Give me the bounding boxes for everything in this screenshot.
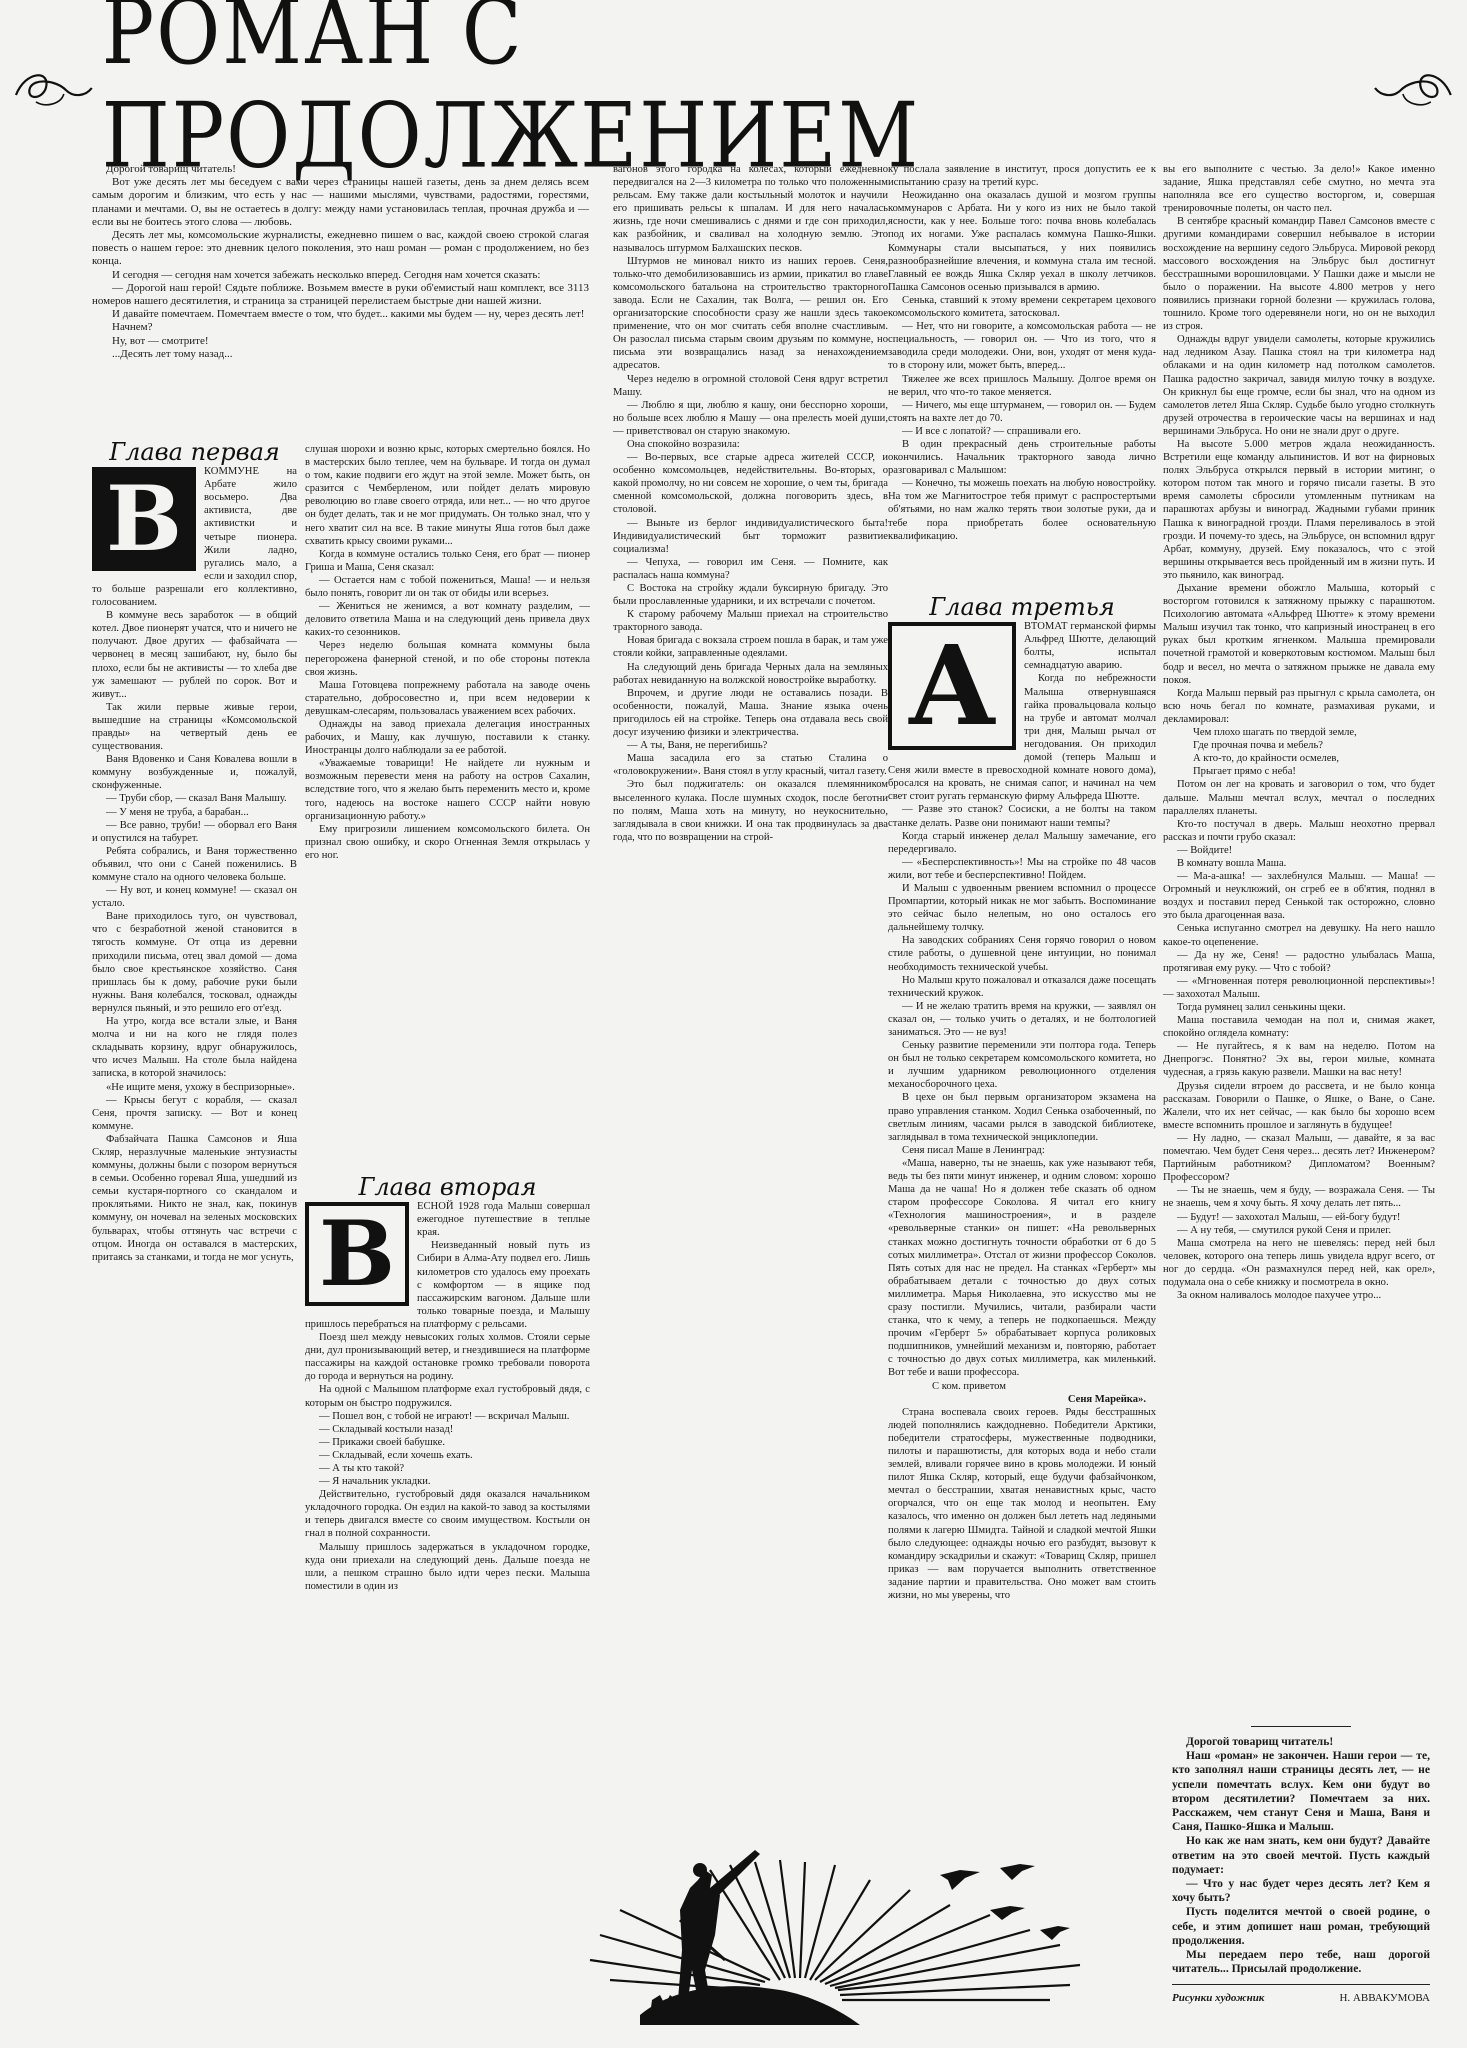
finale-paragraph: Пусть поделится мечтой о своей родине, о… bbox=[1172, 1905, 1430, 1948]
paragraph: — Ну ладно, — сказал Малыш, — давайте, я… bbox=[1163, 1132, 1435, 1184]
paragraph: — У меня не труба, а барабан... bbox=[92, 806, 297, 819]
paragraph: С Востока на стройку ждали буксирную бри… bbox=[613, 582, 888, 608]
paragraph: — «Мгновенная потеря революционной персп… bbox=[1163, 975, 1435, 1001]
paragraph: Дыхание времени обожгло Малыша, который … bbox=[1163, 582, 1435, 687]
paragraph: Тогда румянец залил сенькины щеки. bbox=[1163, 1001, 1435, 1014]
paragraph: Маша поставила чемодан на пол и, снимая … bbox=[1163, 1014, 1435, 1040]
dropcap-a-worker-icon: А bbox=[888, 622, 1016, 750]
paragraph: Это был поджигатель: он оказался племянн… bbox=[613, 778, 888, 843]
paragraph: — Ну вот, и конец коммуне! — сказал он у… bbox=[92, 884, 297, 910]
intro-paragraph: Десять лет мы, комсомольские журналисты,… bbox=[92, 229, 589, 269]
right-flourish-icon bbox=[1371, 60, 1461, 110]
intro-closing: Ну, вот — смотрите! bbox=[92, 335, 589, 348]
paragraph: — Ма-а-ашка! — захлебнулся Малыш. — Маша… bbox=[1163, 870, 1435, 922]
intro-paragraph: И сегодня — сегодня нам хочется забежать… bbox=[92, 269, 589, 282]
chapter-one-title: Глава первая bbox=[92, 446, 297, 459]
paragraph: — Крысы бегут с корабля, — сказал Сеня, … bbox=[92, 1094, 297, 1133]
paragraph: Маша смотрела на него не шевелясь: перед… bbox=[1163, 1237, 1435, 1289]
paragraph: Через неделю в огромной столовой Сеня вд… bbox=[613, 373, 888, 399]
paragraph: Ребята собрались, и Ваня торжественно об… bbox=[92, 845, 297, 884]
column-4-top: ку послала заявление в институт, прося д… bbox=[888, 163, 1156, 603]
finale-paragraph: — Что у нас будет через десять лет? Кем … bbox=[1172, 1877, 1430, 1905]
chapter-two-title: Глава вторая bbox=[305, 1181, 590, 1194]
letter-signature: Сеня Марейка». bbox=[888, 1393, 1156, 1406]
paragraph: Неожиданно она оказалась душой и мозгом … bbox=[888, 189, 1156, 294]
paragraph: За окном наливалось молодое пахучее утро… bbox=[1163, 1289, 1435, 1302]
intro-closing: ...Десять лет тому назад... bbox=[92, 348, 589, 361]
paragraph: — И не желаю тратить время на кружки, — … bbox=[888, 1000, 1156, 1039]
paragraph: — А ну тебя, — смутился рукой Сеня и при… bbox=[1163, 1224, 1435, 1237]
paragraph: — Чепуха, — говорил им Сеня. — Помните, … bbox=[613, 556, 888, 582]
paragraph: — А ты кто такой? bbox=[305, 1462, 590, 1475]
paragraph: В цехе он был первым организатором экзам… bbox=[888, 1091, 1156, 1143]
paragraph: ку послала заявление в институт, прося д… bbox=[888, 163, 1156, 189]
paragraph: Однажды вдруг увидели самолеты, которые … bbox=[1163, 333, 1435, 438]
paragraph: На высоте 5.000 метров ждала неожиданнос… bbox=[1163, 438, 1435, 582]
paragraph: Маша засадила его за статью Сталина о «г… bbox=[613, 752, 888, 778]
paragraph: — Выньте из берлог индивидуалистического… bbox=[613, 517, 888, 556]
paragraph: На заводских собраниях Сеня горячо говор… bbox=[888, 934, 1156, 973]
paragraph: Новая бригада с вокзала строем пошла в б… bbox=[613, 634, 888, 660]
finale-paragraph: Наш «роман» не закончен. Наши герои — те… bbox=[1172, 1749, 1430, 1834]
paragraph: В комнату вошла Маша. bbox=[1163, 857, 1435, 870]
paragraph: Она спокойно возразила: bbox=[613, 438, 888, 451]
paragraph: — Не пугайтесь, я к вам на неделю. Потом… bbox=[1163, 1040, 1435, 1079]
paragraph: Друзья сидели втроем до рассвета, и не б… bbox=[1163, 1080, 1435, 1132]
paragraph: В один прекрасный день строительные рабо… bbox=[888, 438, 1156, 477]
paragraph: — Войдите! bbox=[1163, 844, 1435, 857]
page-title: РОМАН С ПРОДОЛЖЕНИЕМ bbox=[102, 0, 1366, 189]
paragraph: — И все с лопатой? — спрашивали его. bbox=[888, 425, 1156, 438]
paragraph: вы его выполните с честью. За дело!» Как… bbox=[1163, 163, 1435, 215]
paragraph: Сеня писал Маше в Ленинград: bbox=[888, 1144, 1156, 1157]
paragraph: Штурмов не миновал никто из наших героев… bbox=[613, 255, 888, 373]
poem-line: Где прочная почва и мебель? bbox=[1163, 739, 1435, 752]
paragraph: Действительно, густобровый дядя оказался… bbox=[305, 1488, 590, 1540]
dropcap-v-branches-icon: В bbox=[305, 1202, 409, 1306]
paragraph: Кто-то постучал в дверь. Малыш неохотно … bbox=[1163, 818, 1435, 844]
finale-paragraph: Но как же нам знать, кем они будут? Дава… bbox=[1172, 1834, 1430, 1877]
paragraph: Потом он лег на кровать и заговорил о то… bbox=[1163, 778, 1435, 817]
paragraph: — Прикажи своей бабушке. bbox=[305, 1436, 590, 1449]
paragraph: слушая шорохи и возню крыс, которых смер… bbox=[305, 443, 590, 548]
paragraph: — Разве это станок? Сосиски, а не болты … bbox=[888, 803, 1156, 829]
paragraph: — Жениться не женимся, а вот комнату раз… bbox=[305, 600, 590, 639]
paragraph: Малышу пришлось задержаться в укладочном… bbox=[305, 1541, 590, 1593]
paragraph: «Уважаемые товарищи! Не найдете ли нужны… bbox=[305, 757, 590, 822]
illustrator-credit: Рисунки художник Н. АВВАКУМОВА bbox=[1172, 1984, 1430, 2005]
paragraph: — Пошел вон, с тобой не играют! — вскрич… bbox=[305, 1410, 590, 1423]
paragraph: — Люблю я щи, люблю я кашу, они бесспорн… bbox=[613, 399, 888, 438]
paragraph: — Во-первых, все старые адреса жителей С… bbox=[613, 451, 888, 516]
paragraph: Так жили первые живые герои, вышедшие на… bbox=[92, 701, 297, 753]
intro-paragraph: И давайте помечтаем. Помечтаем вместе о … bbox=[92, 308, 589, 321]
paragraph: Поезд шел между невысоких голых холмов. … bbox=[305, 1331, 590, 1383]
paragraph: — Труби сбор, — сказал Ваня Малышу. bbox=[92, 792, 297, 805]
paragraph: Маша Готовцева попрежнему работала на за… bbox=[305, 679, 590, 718]
intro-greeting: Дорогой товарищ читатель! bbox=[92, 163, 589, 176]
paragraph: — Конечно, ты можешь поехать на любую но… bbox=[888, 477, 1156, 542]
column-3: вагонов этого городка на колесах, которы… bbox=[613, 163, 888, 1828]
credit-name: Н. АВВАКУМОВА bbox=[1339, 1991, 1430, 2005]
column-4-bottom: Глава третья А ВТОМАТ германской фирмы А… bbox=[888, 595, 1156, 1830]
intro-letter: Дорогой товарищ читатель! Вот уже десять… bbox=[92, 163, 589, 361]
paragraph: — Я начальник укладки. bbox=[305, 1475, 590, 1488]
paragraph: Ваня Вдовенко и Саня Ковалева вошли в ко… bbox=[92, 753, 297, 792]
masthead: РОМАН С ПРОДОЛЖЕНИЕМ bbox=[0, 40, 1467, 130]
paragraph: «Маша, наверно, ты не знаешь, как уже на… bbox=[888, 1157, 1156, 1380]
paragraph: — Будут! — захохотал Малыш, — ей-богу бу… bbox=[1163, 1211, 1435, 1224]
paragraph: — Все равно, труби! — оборвал его Ваня и… bbox=[92, 819, 297, 845]
paragraph: — Да ну же, Сеня! — радостно улыбалась М… bbox=[1163, 949, 1435, 975]
paragraph: Однажды на завод приехала делегация инос… bbox=[305, 718, 590, 757]
chapter-three-title: Глава третья bbox=[888, 601, 1156, 614]
intro-closing: Начнем? bbox=[92, 321, 589, 334]
paragraph: — «Бесперспективность»! Мы на стройке по… bbox=[888, 856, 1156, 882]
paragraph: Но Малыш круто пожаловал и отказался даж… bbox=[888, 974, 1156, 1000]
column-5: вы его выполните с честью. За дело!» Как… bbox=[1163, 163, 1435, 1718]
sunrise-hero-illustration-icon bbox=[580, 1840, 1100, 2040]
paragraph: Тяжелее же всех пришлось Малышу. Долгое … bbox=[888, 373, 1156, 399]
column-1: Глава первая В КОММУНЕ на Арбате жило во… bbox=[92, 440, 297, 2040]
column-2-top: слушая шорохи и возню крыс, которых смер… bbox=[305, 443, 590, 1163]
divider bbox=[1251, 1726, 1351, 1727]
paragraph: — Складывай, если хочешь ехать. bbox=[305, 1449, 590, 1462]
poem-line: Прыгает прямо с неба! bbox=[1163, 765, 1435, 778]
paragraph: Через неделю большая комната коммуны был… bbox=[305, 639, 590, 678]
paragraph: На следующий день бригада Черных дала на… bbox=[613, 661, 888, 687]
paragraph: Когда Малыш первый раз прыгнул с крыла с… bbox=[1163, 687, 1435, 726]
paragraph: Когда в коммуне остались только Сеня, ег… bbox=[305, 548, 590, 574]
finale-greeting: Дорогой товарищ читатель! bbox=[1172, 1735, 1430, 1749]
intro-paragraph: — Дорогой наш герой! Сядьте поближе. Воз… bbox=[92, 282, 589, 308]
letter-closing: С ком. приветом bbox=[888, 1380, 1156, 1393]
paragraph: Сенька, ставший к этому времени секретар… bbox=[888, 294, 1156, 320]
paragraph: В коммуне весь заработок — в общий котел… bbox=[92, 609, 297, 701]
finale-paragraph: Мы передаем перо тебе, наш дорогой читат… bbox=[1172, 1948, 1430, 1976]
paragraph: — Ты не знаешь, чем я буду, — возражала … bbox=[1163, 1184, 1435, 1210]
dropcap-v-icon: В bbox=[92, 467, 196, 571]
paragraph: «Не ищите меня, ухожу в беспризорные». bbox=[92, 1081, 297, 1094]
paragraph: На утро, когда все встали злые, и Ваня м… bbox=[92, 1015, 297, 1080]
left-flourish-icon bbox=[6, 60, 96, 110]
paragraph: Сеньку развитие переменили эти полтора г… bbox=[888, 1039, 1156, 1091]
paragraph: Ване приходилось туго, он чувствовал, чт… bbox=[92, 910, 297, 1015]
column-2-bottom: Глава вторая В ЕСНОЙ 1928 года Малыш сов… bbox=[305, 1175, 590, 1775]
paragraph: К старому рабочему Малыш приехал на стро… bbox=[613, 608, 888, 634]
paragraph: Когда старый инженер делал Малышу замеча… bbox=[888, 830, 1156, 856]
paragraph: — Остается нам с тобой пожениться, Маша!… bbox=[305, 574, 590, 600]
poem-line: А кто-то, до крайности осмелев, bbox=[1163, 752, 1435, 765]
credit-label: Рисунки художник bbox=[1172, 1991, 1264, 2005]
paragraph: — Складывай костыли назад! bbox=[305, 1423, 590, 1436]
paragraph: вагонов этого городка на колесах, которы… bbox=[613, 163, 888, 255]
paragraph: — А ты, Ваня, не перегибишь? bbox=[613, 739, 888, 752]
paragraph: В сентябре красный командир Павел Самсон… bbox=[1163, 215, 1435, 333]
paragraph: Впрочем, и другие люди не оставались поз… bbox=[613, 687, 888, 739]
paragraph: Сенька испуганно смотрел на девушку. На … bbox=[1163, 922, 1435, 948]
paragraph: — Нет, что ни говорите, а комсомольская … bbox=[888, 320, 1156, 372]
paragraph: И Малыш с удвоенным рвением вспомнил о п… bbox=[888, 882, 1156, 934]
finale-letter: Дорогой товарищ читатель! Наш «роман» не… bbox=[1172, 1718, 1430, 2018]
paragraph: Фабзайчата Пашка Самсонов и Яша Скляр, н… bbox=[92, 1133, 297, 1264]
paragraph: Ему пригрозили лишением комсомольского б… bbox=[305, 823, 590, 862]
paragraph: На одной с Малышом платформе ехал густоб… bbox=[305, 1383, 590, 1409]
poem-line: Чем плохо шагать по твердой земле, bbox=[1163, 726, 1435, 739]
paragraph: — Ничего, мы еще штурманем, — говорил он… bbox=[888, 399, 1156, 425]
intro-paragraph: Вот уже десять лет мы беседуем с вами че… bbox=[92, 176, 589, 229]
paragraph: Страна воспевала своих героев. Ряды бесс… bbox=[888, 1406, 1156, 1602]
